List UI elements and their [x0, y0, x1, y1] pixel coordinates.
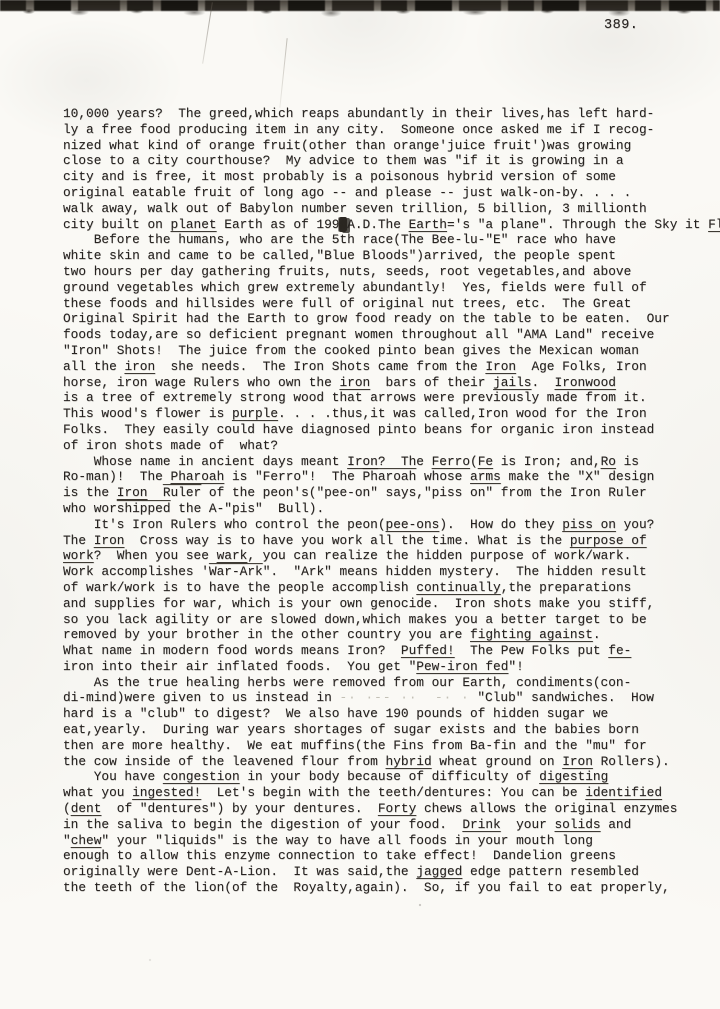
underlined-text: Ferro	[432, 454, 470, 469]
scan-edge-speckles	[0, 9, 720, 17]
underlined-text: purple	[232, 406, 278, 421]
underlined-text: Forty	[378, 801, 416, 816]
text-line: 10,000 years? The greed,which reaps abun…	[63, 106, 720, 122]
text-line: and supplies for war, which is your own …	[63, 596, 720, 612]
overlined-text: Ruler	[163, 485, 201, 500]
text-line: Folks. They easily could have diagnosed …	[63, 422, 720, 438]
underlined-text: chew	[71, 833, 102, 848]
underlined-text: wark	[217, 548, 248, 563]
text-line: walk away, walk out of Babylon number se…	[63, 201, 720, 217]
underlined-text: planet	[171, 217, 217, 232]
underlined-text: piss on	[562, 517, 616, 532]
underlined-text: Ro	[601, 454, 616, 469]
underlined-text: Iron	[117, 485, 148, 500]
text-line: eat,yearly. During war years shortages o…	[63, 722, 720, 738]
text-line: It's Iron Rulers who control the peon(pe…	[63, 517, 720, 533]
text-line: di-mind)were given to us instead in -· ·…	[63, 690, 720, 706]
ink-blot: #	[339, 217, 347, 232]
underlined-text: jagged	[416, 864, 462, 879]
text-line: Work accomplishes 'War-Ark". "Ark" means…	[63, 564, 720, 580]
text-line: "chew" your "liquids" is the way to have…	[63, 833, 720, 849]
text-line: As the true healing herbs were removed f…	[63, 675, 720, 691]
underlined-text: congestion	[163, 769, 240, 784]
text-line: Before the humans, who are the 5th race(…	[63, 232, 720, 248]
underlined-text: jails	[493, 375, 531, 390]
underlined-text: ingested!	[132, 785, 201, 800]
underlined-text: iron	[339, 375, 370, 390]
underlined-text: digesting	[539, 769, 608, 784]
underlined-text: dent	[71, 801, 102, 816]
overlined-text: War-Ark	[209, 564, 263, 579]
underlined-text: Iron	[94, 533, 125, 548]
text-line: is the Iron Ruler of the peon's("pee-on"…	[63, 485, 720, 501]
text-line: hard is a "club" to digest? We also have…	[63, 706, 720, 722]
text-line: nized what kind of orange fruit(other th…	[63, 138, 720, 154]
underlined-text: identified	[585, 785, 662, 800]
text-line: work? When you see wark, you can realize…	[63, 548, 720, 564]
underlined-text: Pew-iron fed	[416, 659, 508, 674]
text-line: You have congestion in your body because…	[63, 769, 720, 785]
document-lines: 10,000 years? The greed,which reaps abun…	[63, 106, 720, 896]
text-line: white skin and came to be called,"Blue B…	[63, 248, 720, 264]
text-line: two hours per day gathering fruits, nuts…	[63, 264, 720, 280]
underlined-text: Fli	[708, 217, 720, 232]
underlined-text: work	[63, 548, 94, 563]
text-line: iron into their air inflated foods. You …	[63, 659, 720, 675]
underlined-text: Ironwood	[555, 375, 616, 390]
text-line: What name in modern food words means Iro…	[63, 643, 720, 659]
text-line: Original Spirit had the Earth to grow fo…	[63, 311, 720, 327]
underlined-text: continually	[416, 580, 500, 595]
text-line: original eatable fruit of long ago -- an…	[63, 185, 720, 201]
text-line: all the iron she needs. The Iron Shots c…	[63, 359, 720, 375]
text-line: city and is free, it most probably is a …	[63, 169, 720, 185]
text-line: foods today,are so deficient pregnant wo…	[63, 327, 720, 343]
underlined-text: Iron	[562, 754, 593, 769]
overlined-text: Pharoah	[363, 469, 417, 484]
text-line: so you lack agility or are slowed down,w…	[63, 612, 720, 628]
text-line: removed by your brother in the other cou…	[63, 627, 720, 643]
text-line: horse, iron wage Rulers who own the iron…	[63, 375, 720, 391]
overlined-text: shipped	[117, 501, 171, 516]
text-line: enough to allow this enzyme connection t…	[63, 848, 720, 864]
underlined-text: arms	[470, 469, 501, 484]
text-line: originally were Dent-A-Lion. It was said…	[63, 864, 720, 880]
text-line: This wood's flower is purple. . . .thus,…	[63, 406, 720, 422]
text-line: of wark/work is to have the people accom…	[63, 580, 720, 596]
underlined-text: hybrid	[386, 754, 432, 769]
underlined-text: Puffed!	[401, 643, 455, 658]
text-line: then are more healthy. We eat muffins(th…	[63, 738, 720, 754]
underlined-text: Drink	[462, 817, 500, 832]
text-line: in the saliva to begin the digestion of …	[63, 817, 720, 833]
underlined-text: purpose of	[570, 533, 647, 548]
underlined-text: solids	[555, 817, 601, 832]
text-line: The Iron Cross way is to have you work a…	[63, 533, 720, 549]
underlined-text: Iron	[347, 454, 378, 469]
text-line: Whose name in ancient days meant Iron? T…	[63, 454, 720, 470]
text-line: ground vegetables which grew extremely a…	[63, 280, 720, 296]
underlined-text: Iron	[485, 359, 516, 374]
text-line: what you ingested! Let's begin with the …	[63, 785, 720, 801]
text-line: ly a free food producing item in any cit…	[63, 122, 720, 138]
text-line: (dent of "dentures") by your dentures. F…	[63, 801, 720, 817]
page-number: 389.	[604, 18, 638, 33]
underlined-text: Pharoah	[171, 469, 225, 484]
text-line: the teeth of the lion(of the Royalty,aga…	[63, 880, 720, 896]
erased-text: -· ·-- ·· -· ·	[339, 690, 469, 705]
underlined-text: iron	[124, 359, 155, 374]
underlined-text: Fe	[478, 454, 493, 469]
text-line: who worshipped the A-"pis" Bull).	[63, 501, 720, 517]
text-line: of iron shots made of what?	[63, 438, 720, 454]
text-line: close to a city courthouse? My advice to…	[63, 153, 720, 169]
text-line: Ro-man)! The Pharoah is "Ferro"! The Pha…	[63, 469, 720, 485]
underlined-text: pee-ons	[386, 517, 440, 532]
underlined-text: fighting against	[470, 627, 593, 642]
text-line: the cow inside of the leavened flour fro…	[63, 754, 720, 770]
text-line: these foods and hillsides were full of o…	[63, 296, 720, 312]
underlined-text: fe-	[608, 643, 631, 658]
text-line: city built on planet Earth as of 199#A.D…	[63, 217, 720, 233]
text-line: is a tree of extremely strong wood that …	[63, 390, 720, 406]
text-line: "Iron" Shots! The juice from the cooked …	[63, 343, 720, 359]
paper-crease	[279, 38, 287, 108]
underlined-text: Earth	[409, 217, 447, 232]
